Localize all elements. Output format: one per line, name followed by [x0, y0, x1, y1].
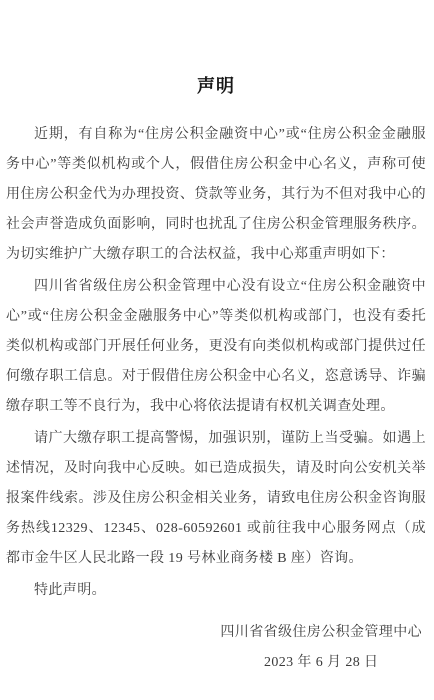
signature-block: 四川省省级住房公积金管理中心 2023 年 6 月 28 日	[220, 618, 422, 678]
document-title: 声明	[6, 74, 426, 98]
signature-organization: 四川省省级住房公积金管理中心	[220, 618, 422, 648]
statement-paragraph-intro: 近期，有自称为“住房公积金融资中心”或“住房公积金金融服务中心”等类似机构或个人…	[6, 120, 426, 270]
statement-document: 声明 近期，有自称为“住房公积金融资中心”或“住房公积金金融服务中心”等类似机构…	[0, 0, 434, 700]
statement-paragraph-warning: 请广大缴存职工提高警惕，加强识别，谨防上当受骗。如遇上述情况，及时向我中心反映。…	[6, 424, 426, 574]
statement-closing-line: 特此声明。	[6, 576, 426, 606]
signature-date: 2023 年 6 月 28 日	[220, 648, 422, 678]
statement-paragraph-declaration: 四川省省级住房公积金管理中心没有设立“住房公积金融资中心”或“住房公积金金融服务…	[6, 272, 426, 422]
